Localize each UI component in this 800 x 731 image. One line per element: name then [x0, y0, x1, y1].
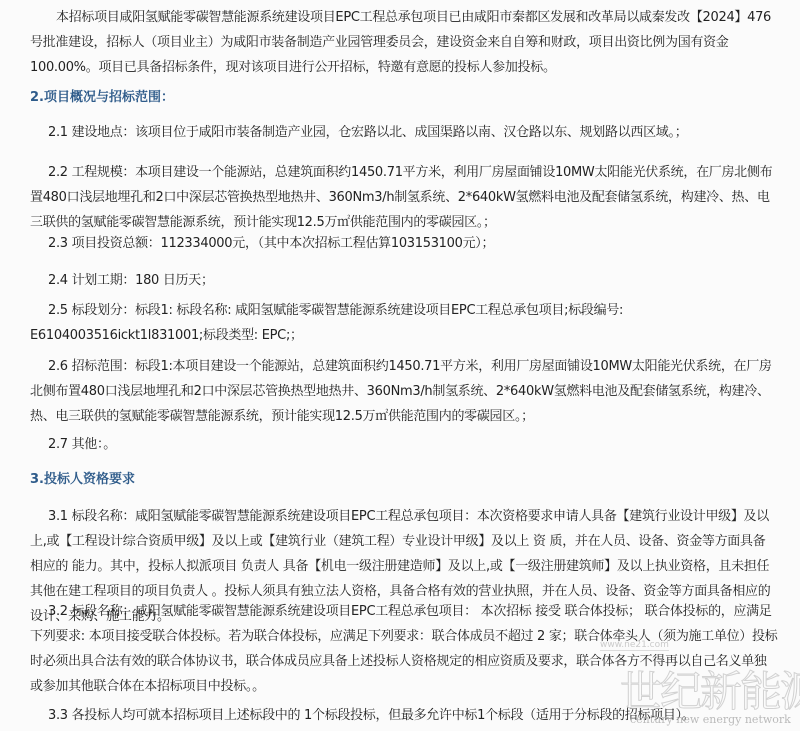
item-2-1: 2.1 建设地点：该项目位于咸阳市装备制造产业园，仓宏路以北、成国渠路以南、汉仓…	[30, 120, 778, 145]
item-3-2: 3.2 标段名称：咸阳氢赋能零碳智慧能源系统建设项目EPC工程总承包项目： 本次…	[30, 599, 778, 699]
item-2-4: 2.4 计划工期：180 日历天；	[30, 268, 778, 293]
item-3-3: 3.3 各投标人均可就本招标项目上述标段中的 1个标段投标，但最多允许中标1个标…	[30, 703, 778, 728]
intro-paragraph: 本招标项目咸阳氢赋能零碳智慧能源系统建设项目EPC工程总承包项目已由咸阳市秦都区…	[30, 5, 778, 80]
item-2-6: 2.6 招标范围：标段1:本项目建设一个能源站，总建筑面积约1450.71平方米…	[30, 354, 778, 429]
item-2-7: 2.7 其他：。	[30, 432, 778, 457]
item-2-3: 2.3 项目投资总额：112334000元，（其中本次招标工程估算1031531…	[30, 231, 778, 256]
item-2-5: 2.5 标段划分：标段1: 标段名称: 咸阳氢赋能零碳智慧能源系统建设项目EPC…	[30, 298, 778, 348]
section-2-heading: 2.项目概况与招标范围：	[30, 88, 174, 108]
section-3-heading: 3.投标人资格要求	[30, 470, 135, 490]
item-2-2: 2.2 工程规模：本项目建设一个能源站，总建筑面积约1450.71平方米，利用厂…	[30, 160, 778, 235]
